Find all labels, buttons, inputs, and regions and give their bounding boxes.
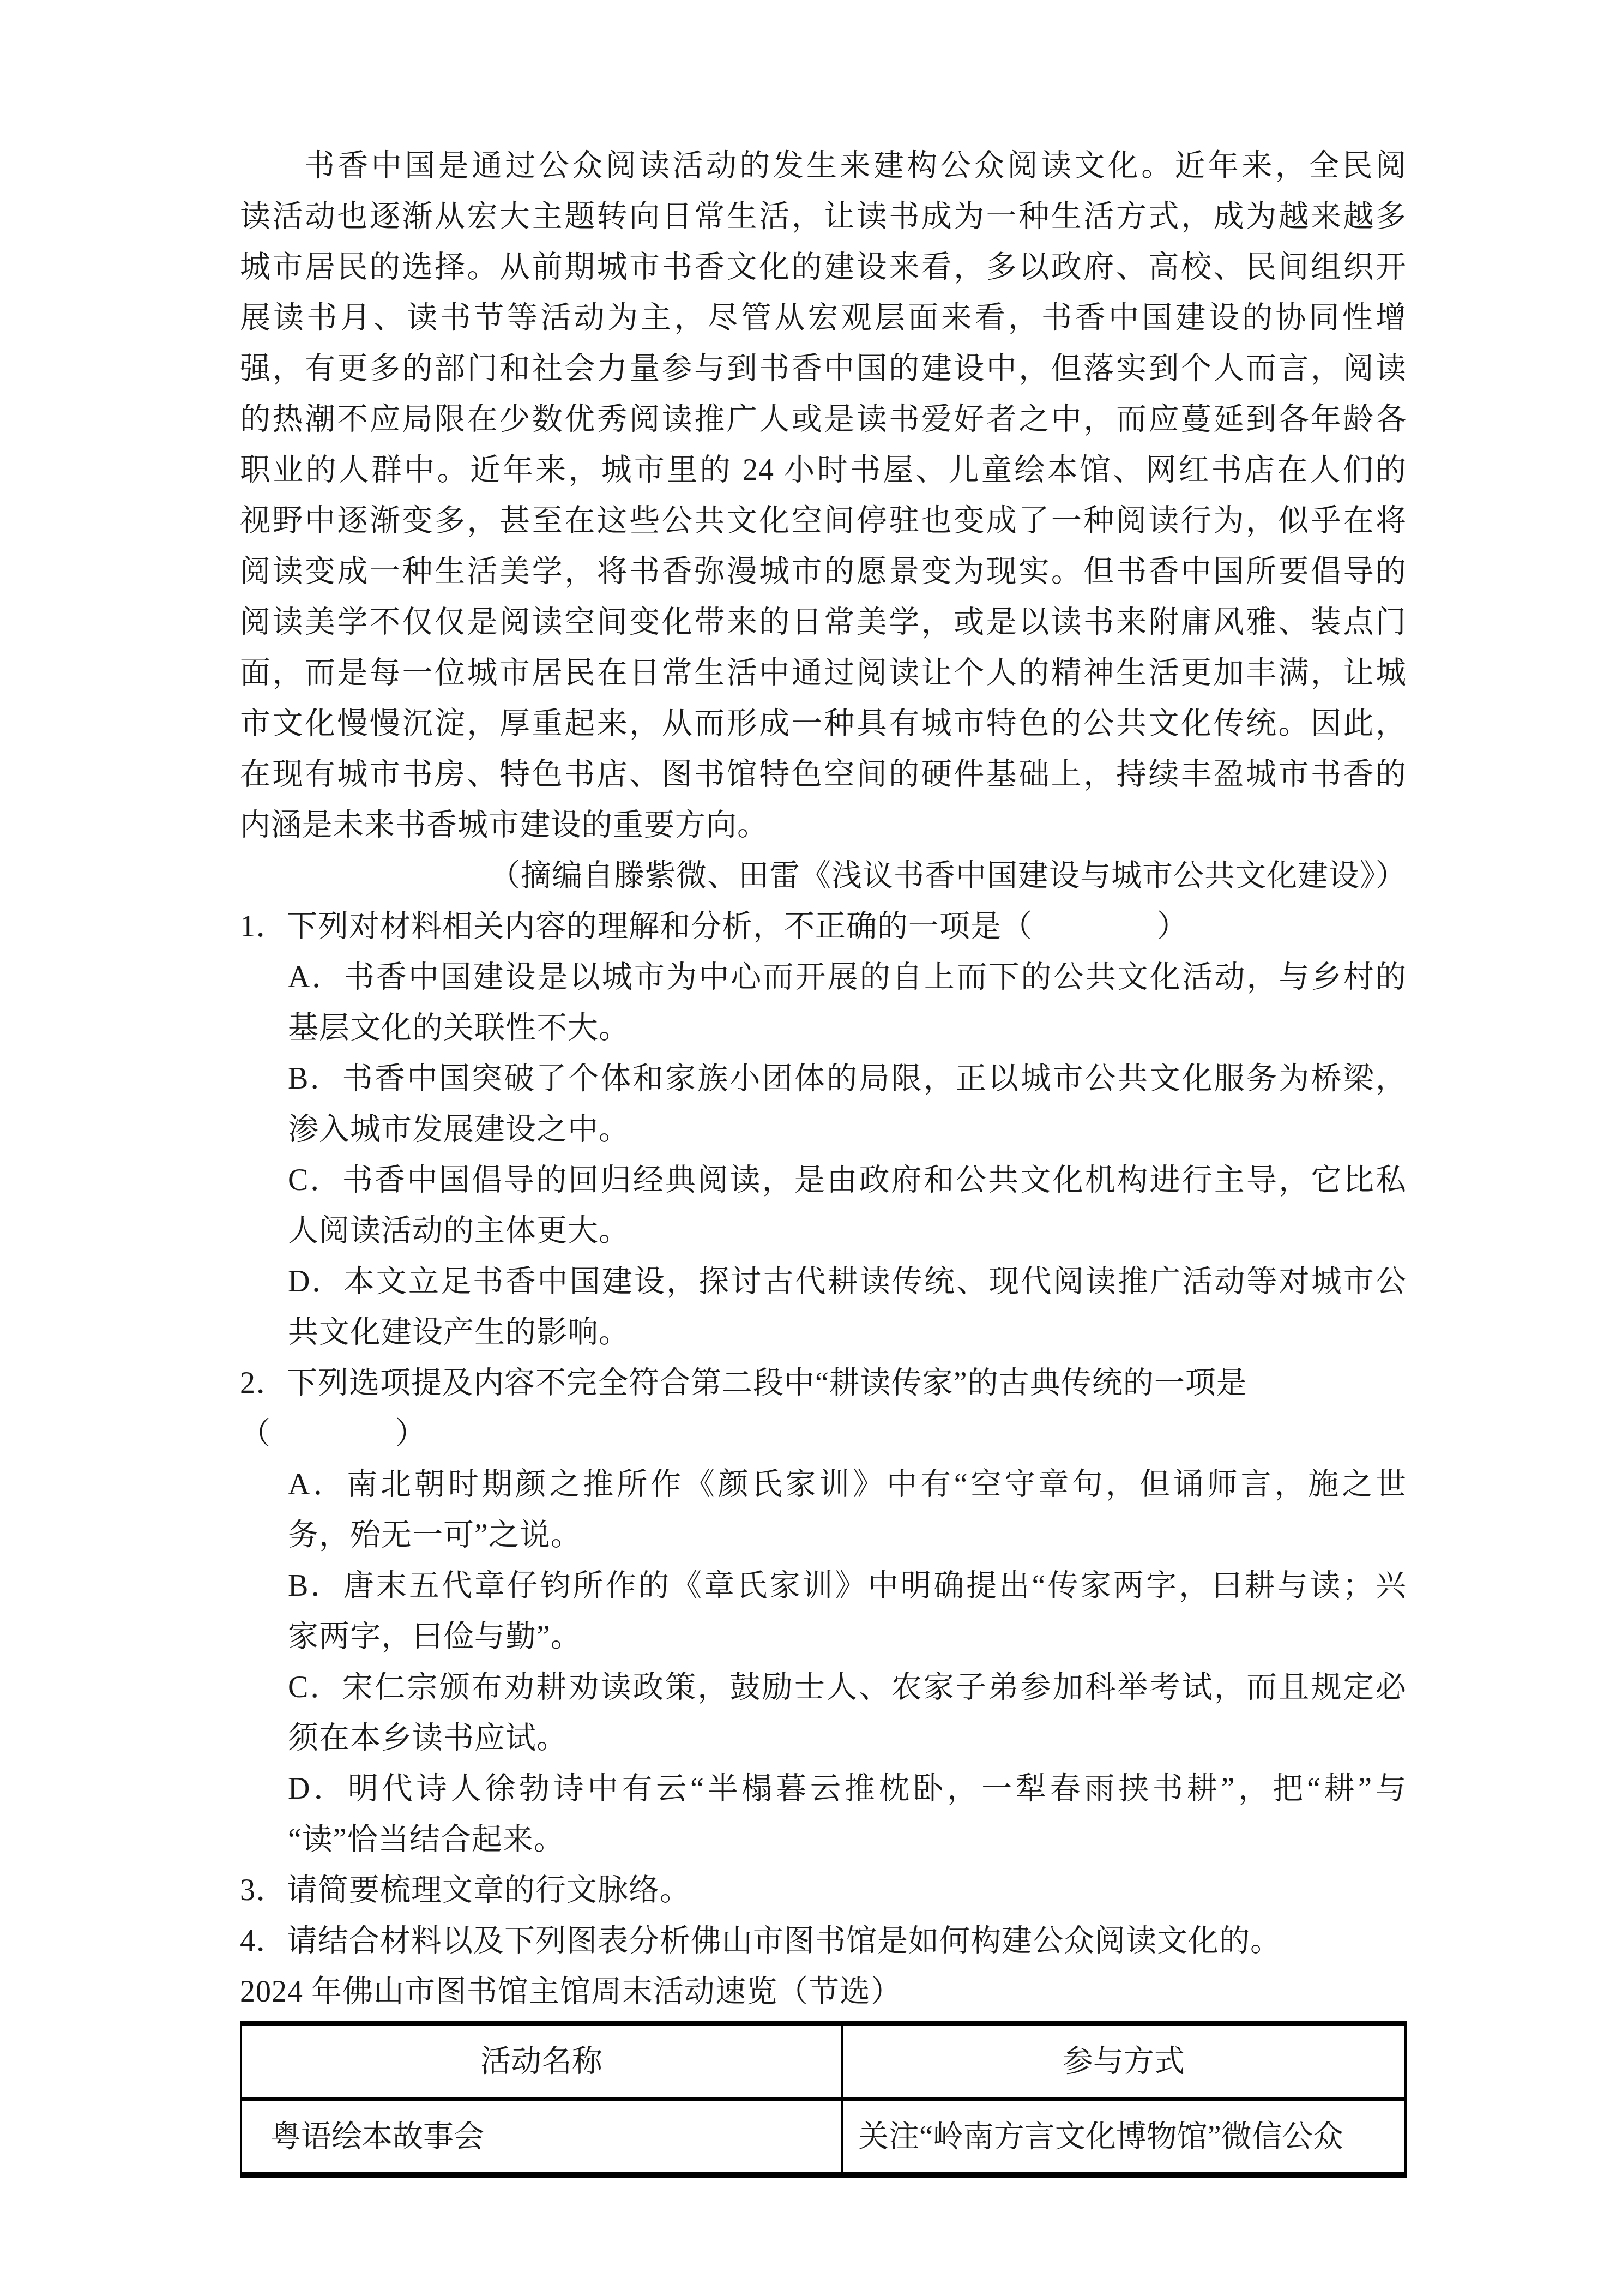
question-2-option-b-continued: 家两字，曰俭与勤”。: [240, 1612, 1407, 1662]
table-header-participation: 参与方式: [841, 2026, 1404, 2097]
passage-line: 读活动也逐渐从宏大主题转向日常生活，让读书成为一种生活方式，成为越来越多: [240, 191, 1407, 242]
question-1-stem: 1．下列对材料相关内容的理解和分析，不正确的一项是（ ）: [240, 901, 1407, 952]
passage-line: 展读书月、读书节等活动为主，尽管从宏观层面来看，书香中国建设的协同性增: [240, 293, 1407, 344]
table-caption: 2024 年佛山市图书馆主馆周末活动速览（节选）: [240, 1967, 1407, 2017]
passage-line: 职业的人群中。近年来，城市里的 24 小时书屋、儿童绘本馆、网红书店在人们的: [240, 445, 1407, 496]
question-2-option-d-continued: “读”恰当结合起来。: [240, 1814, 1407, 1865]
passage-line: 视野中逐渐变多，甚至在这些公共文化空间停驻也变成了一种阅读行为，似乎在将: [240, 496, 1407, 546]
table-header-activity-name: 活动名称: [242, 2026, 841, 2097]
passage-line: 阅读美学不仅仅是阅读空间变化带来的日常美学，或是以读书来附庸风雅、装点门: [240, 597, 1407, 648]
passage-line: 书香中国是通过公众阅读活动的发生来建构公众阅读文化。近年来，全民阅: [240, 141, 1407, 191]
exam-document-page: 书香中国是通过公众阅读活动的发生来建构公众阅读文化。近年来，全民阅 读活动也逐渐…: [0, 0, 1622, 2296]
question-1-option-c: C．书香中国倡导的回归经典阅读，是由政府和公共文化机构进行主导，它比私: [240, 1155, 1407, 1206]
passage-line: 强，有更多的部门和社会力量参与到书香中国的建设中，但落实到个人而言，阅读: [240, 344, 1407, 394]
question-1-option-b-continued: 渗入城市发展建设之中。: [240, 1104, 1407, 1155]
question-2-stem: 2．下列选项提及内容不完全符合第二段中“耕读传家”的古典传统的一项是: [240, 1358, 1407, 1409]
table-header-row: 活动名称 参与方式: [242, 2026, 1404, 2101]
question-1-option-d-continued: 共文化建设产生的影响。: [240, 1307, 1407, 1358]
table-cell-activity-name: 粤语绘本故事会: [242, 2101, 841, 2172]
question-2-answer-blank: （ ）: [240, 1409, 1407, 1459]
document-content: 书香中国是通过公众阅读活动的发生来建构公众阅读文化。近年来，全民阅 读活动也逐渐…: [240, 141, 1407, 2178]
question-1-option-c-continued: 人阅读活动的主体更大。: [240, 1206, 1407, 1257]
table-row: 粤语绘本故事会 关注“岭南方言文化博物馆”微信公众: [242, 2101, 1404, 2172]
question-3-stem: 3．请简要梳理文章的行文脉络。: [240, 1865, 1407, 1916]
question-1-option-a-continued: 基层文化的关联性不大。: [240, 1003, 1407, 1054]
question-2-option-a: A．南北朝时期颜之推所作《颜氏家训》中有“空守章句，但诵师言，施之世: [240, 1459, 1407, 1510]
passage-line: 城市居民的选择。从前期城市书香文化的建设来看，多以政府、高校、民间组织开: [240, 242, 1407, 293]
table-cell-participation: 关注“岭南方言文化博物馆”微信公众: [841, 2101, 1404, 2172]
question-2-option-a-continued: 务，殆无一可”之说。: [240, 1510, 1407, 1561]
passage-attribution: （摘编自滕紫微、田雷《浅议书香中国建设与城市公共文化建设》）: [240, 851, 1407, 901]
passage-line: 面，而是每一位城市居民在日常生活中通过阅读让个人的精神生活更加丰满，让城: [240, 648, 1407, 699]
question-2-option-c: C．宋仁宗颁布劝耕劝读政策，鼓励士人、农家子弟参加科举考试，而且规定必: [240, 1662, 1407, 1713]
passage-line: 在现有城市书房、特色书店、图书馆特色空间的硬件基础上，持续丰盈城市书香的: [240, 749, 1407, 800]
question-1-option-b: B．书香中国突破了个体和家族小团体的局限，正以城市公共文化服务为桥梁，: [240, 1054, 1407, 1104]
question-1-option-d: D．本文立足书香中国建设，探讨古代耕读传统、现代阅读推广活动等对城市公: [240, 1257, 1407, 1307]
question-1-option-a: A．书香中国建设是以城市为中心而开展的自上而下的公共文化活动，与乡村的: [240, 952, 1407, 1003]
passage-line: 的热潮不应局限在少数优秀阅读推广人或是读书爱好者之中，而应蔓延到各年龄各: [240, 394, 1407, 445]
question-2-option-b: B．唐末五代章仔钧所作的《章氏家训》中明确提出“传家两字，曰耕与读；兴: [240, 1561, 1407, 1612]
passage-line: 内涵是未来书香城市建设的重要方向。: [240, 800, 1407, 851]
passage-line: 市文化慢慢沉淀，厚重起来，从而形成一种具有城市特色的公共文化传统。因此，: [240, 699, 1407, 749]
question-2-option-c-continued: 须在本乡读书应试。: [240, 1713, 1407, 1764]
passage-line: 阅读变成一种生活美学，将书香弥漫城市的愿景变为现实。但书香中国所要倡导的: [240, 546, 1407, 597]
question-2-option-d: D．明代诗人徐勃诗中有云“半榻暮云推枕卧，一犁春雨挟书耕”，把“耕”与: [240, 1764, 1407, 1814]
activity-table: 活动名称 参与方式 粤语绘本故事会 关注“岭南方言文化博物馆”微信公众: [240, 2021, 1407, 2178]
question-4-stem: 4．请结合材料以及下列图表分析佛山市图书馆是如何构建公众阅读文化的。: [240, 1916, 1407, 1967]
